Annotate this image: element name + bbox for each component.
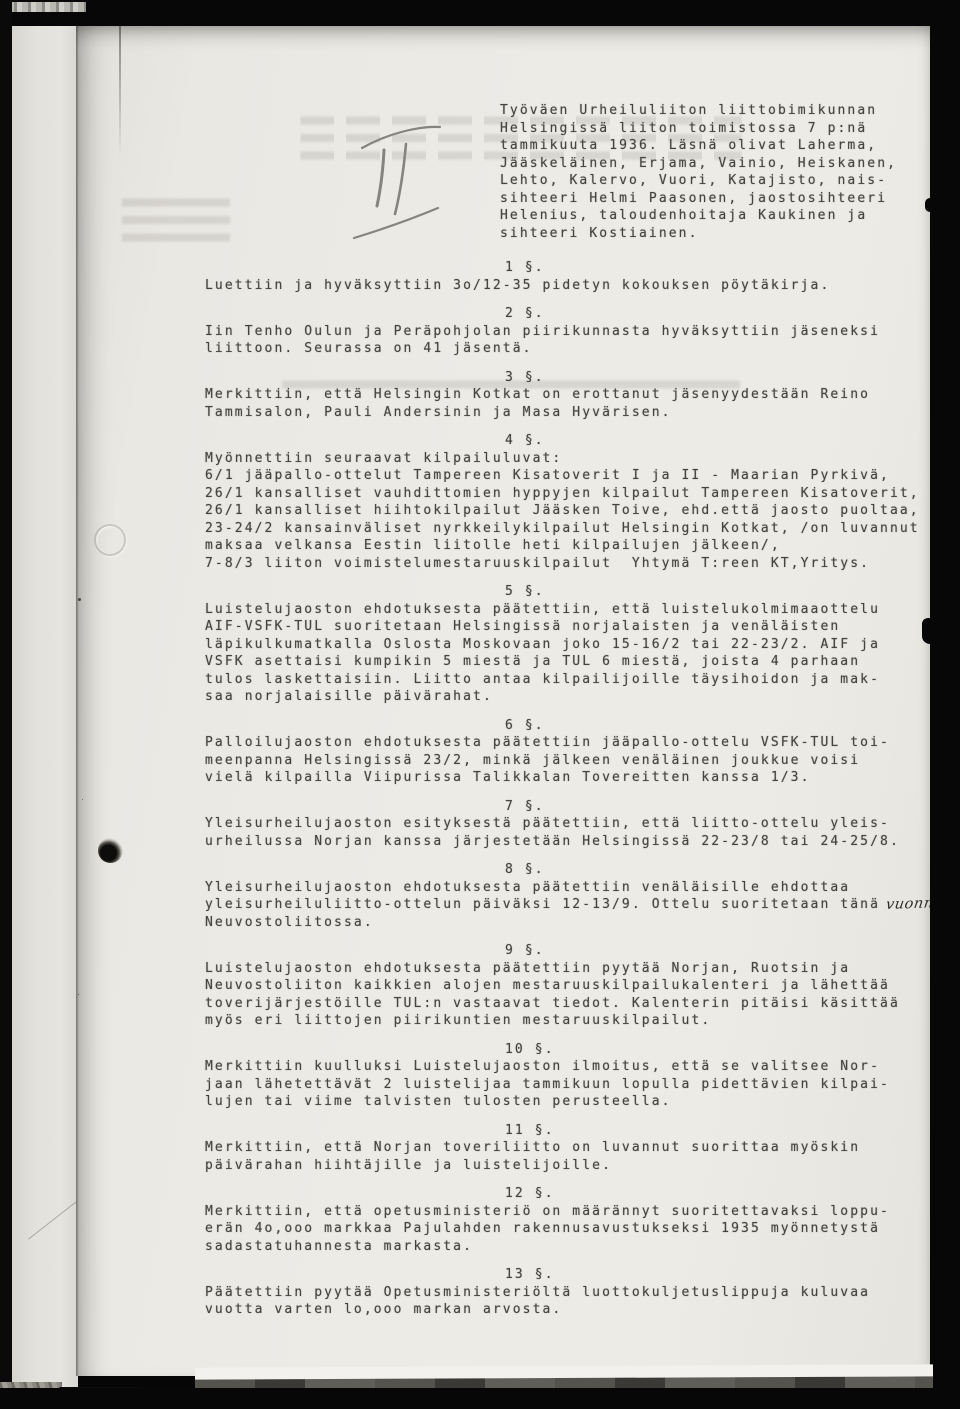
- text-line-content: toverijärjestöille TUL:n vastaavat tiedo…: [205, 996, 900, 1011]
- text-line: Tammisalon, Pauli Andersinin ja Masa Hyv…: [205, 404, 935, 422]
- text-line: läpikulkumatkalla Oslosta Moskovaan joko…: [205, 636, 935, 654]
- text-line: Palloilujaoston ehdotuksesta päätettiin …: [205, 734, 935, 752]
- text-line: sadastatuhannesta markasta.: [205, 1238, 935, 1256]
- text-line-content: Merkittiin, että Helsingin Kotkat on ero…: [205, 387, 870, 402]
- text-line-content: saa norjalaisille päivärahat.: [205, 689, 493, 704]
- section-marker: 4 §.: [205, 432, 935, 450]
- binding-fold-line: [76, 26, 79, 1376]
- text-line: 26/1 kansalliset vauhdittomien hyppyjen …: [205, 485, 935, 503]
- text-line-content: Yleisurheilujaoston ehdotuksesta päätett…: [205, 880, 850, 895]
- minutes-section: 5 §.Luistelujaoston ehdotuksesta päätett…: [205, 583, 935, 706]
- minutes-section: 12 §.Merkittiin, että opetusministeriö o…: [205, 1185, 935, 1255]
- minutes-section: 6 §.Palloilujaoston ehdotuksesta päätett…: [205, 717, 935, 787]
- text-line: Iin Tenho Oulun ja Peräpohjolan piirikun…: [205, 323, 935, 341]
- text-line-content: lujen tai viime talvisten tulosten perus…: [205, 1094, 672, 1109]
- text-line: Myönnettiin seuraavat kilpailuluvat:: [205, 450, 935, 468]
- text-line: Merkittiin, että opetusministeriö on mää…: [205, 1203, 935, 1221]
- text-line-content: 23-24/2 kansainväliset nyrkkeilykilpailu…: [205, 521, 920, 536]
- minutes-section: 7 §.Yleisurheilujaoston esityksestä päät…: [205, 798, 935, 851]
- text-line-content: Päätettiin pyytää Opetusministeriöltä lu…: [205, 1285, 870, 1300]
- section-marker: 7 §.: [205, 798, 935, 816]
- page-curl-line: [119, 26, 121, 156]
- text-line-content: AIF-VSFK-TUL suoritetaan Helsingissä nor…: [205, 619, 840, 634]
- letterhead-line: Helenius, taloudenhoitaja Kaukinen ja: [500, 207, 897, 225]
- text-line: 23-24/2 kansainväliset nyrkkeilykilpailu…: [205, 520, 935, 538]
- previous-page-edge: [12, 26, 78, 1388]
- text-line-content: 7-8/3 liiton voimistelumestaruuskilpailu…: [205, 556, 870, 571]
- text-line-content: Merkittiin kuulluksi Luistelujaoston ilm…: [205, 1059, 880, 1074]
- text-line: Merkittiin, että Helsingin Kotkat on ero…: [205, 386, 935, 404]
- text-line-content: 26/1 kansalliset vauhdittomien hyppyjen …: [205, 486, 920, 501]
- scan-border-left: [0, 0, 12, 1409]
- text-line: myös eri liittojen piirikuntien mestaruu…: [205, 1012, 935, 1030]
- text-line-content: Myönnettiin seuraavat kilpailuluvat:: [205, 451, 562, 466]
- section-marker: 11 §.: [205, 1122, 935, 1140]
- punch-hole: [98, 838, 123, 863]
- letterhead: Työväen Urheiluliiton liittobimikunnanHe…: [500, 102, 897, 242]
- dust-specks: [78, 598, 81, 601]
- text-line: Yleisurheilujaoston esityksestä päätetti…: [205, 815, 935, 833]
- section-marker: 2 §.: [205, 305, 935, 323]
- text-line: 6/1 jääpallo-ottelut Tampereen Kisatover…: [205, 467, 935, 485]
- letterhead-line: Työväen Urheiluliiton liittobimikunnan: [500, 102, 897, 120]
- page-edge-notch: [925, 198, 935, 212]
- letterhead-line: Lehto, Kalervo, Vuori, Katajisto, nais-: [500, 172, 897, 190]
- letterhead-line: Helsingissä liiton toimistossa 7 p:nä: [500, 120, 897, 138]
- text-line: päivärahan hiihtäjille ja luistelijoille…: [205, 1157, 935, 1175]
- text-line-content: vuotta varten lo,ooo markan arvosta.: [205, 1302, 562, 1317]
- text-line-content: Luistelujaoston ehdotuksesta päätettiin …: [205, 961, 850, 976]
- minutes-sections: 1 §.Luettiin ja hyväksyttiin 3o/12-35 pi…: [205, 248, 935, 1319]
- text-line-content: yleisurheiluliitto-ottelun päiväksi 12-1…: [205, 897, 880, 912]
- text-line: vielä kilpailla Viipurissa Talikkalan To…: [205, 769, 935, 787]
- text-line: Luettiin ja hyväksyttiin 3o/12-35 pidety…: [205, 277, 935, 295]
- minutes-section: 9 §.Luistelujaoston ehdotuksesta päätett…: [205, 942, 935, 1030]
- text-line-content: 6/1 jääpallo-ottelut Tampereen Kisatover…: [205, 468, 890, 483]
- text-line-content: meenpanna Helsingissä 23/2, minkä jälkee…: [205, 753, 860, 768]
- text-line: Luistelujaoston ehdotuksesta päätettiin …: [205, 960, 935, 978]
- text-line: Merkittiin kuulluksi Luistelujaoston ilm…: [205, 1058, 935, 1076]
- text-line: Neuvostoliitossa.: [205, 914, 935, 932]
- text-line-content: urheilussa Norjan kanssa järjestetään He…: [205, 834, 900, 849]
- text-line: 7-8/3 liiton voimistelumestaruuskilpailu…: [205, 555, 935, 573]
- text-line-content: myös eri liittojen piirikuntien mestaruu…: [205, 1013, 711, 1028]
- text-line-content: vielä kilpailla Viipurissa Talikkalan To…: [205, 770, 811, 785]
- text-line-content: maksaa velkansa Eestin liitolle heti kil…: [205, 538, 781, 553]
- text-line: VSFK asettaisi kumpikin 5 miestä ja TUL …: [205, 653, 935, 671]
- text-line: Yleisurheilujaoston ehdotuksesta päätett…: [205, 879, 935, 897]
- text-line: Merkittiin, että Norjan toveriliitto on …: [205, 1139, 935, 1157]
- minutes-section: 13 §.Päätettiin pyytää Opetusministeriöl…: [205, 1266, 935, 1319]
- text-line-content: jaan lähetettävät 2 luistelijaa tammikuu…: [205, 1077, 890, 1092]
- text-line: jaan lähetettävät 2 luistelijaa tammikuu…: [205, 1076, 935, 1094]
- text-line: Luistelujaoston ehdotuksesta päätettiin,…: [205, 601, 935, 619]
- letterhead-line: tammikuuta 1936. Läsnä olivat Laherma,: [500, 137, 897, 155]
- minutes-section: 10 §.Merkittiin kuulluksi Luistelujaosto…: [205, 1041, 935, 1111]
- section-marker: 12 §.: [205, 1185, 935, 1203]
- text-line: erän 4o,ooo markkaa Pajulahden rakennusa…: [205, 1220, 935, 1238]
- section-marker: 13 §.: [205, 1266, 935, 1284]
- text-line: liittoon. Seurassa on 41 jäsentä.: [205, 340, 935, 358]
- text-line: toverijärjestöille TUL:n vastaavat tiedo…: [205, 995, 935, 1013]
- scanned-page: Työväen Urheiluliiton liittobimikunnanHe…: [76, 26, 932, 1376]
- text-line: tulos laskettaisiin. Liitto antaa kilpai…: [205, 671, 935, 689]
- minutes-section: 3 §.Merkittiin, että Helsingin Kotkat on…: [205, 369, 935, 422]
- text-line: yleisurheiluliitto-ottelun päiväksi 12-1…: [205, 896, 935, 914]
- section-marker: 8 §.: [205, 861, 935, 879]
- text-line: urheilussa Norjan kanssa järjestetään He…: [205, 833, 935, 851]
- text-line: Neuvostoliiton kaikkien alojen mestaruus…: [205, 977, 935, 995]
- scan-edge-debris: [8, 2, 86, 12]
- section-marker: 9 §.: [205, 942, 935, 960]
- text-line-content: Merkittiin, että Norjan toveriliitto on …: [205, 1140, 860, 1155]
- minutes-section: 4 §.Myönnettiin seuraavat kilpailuluvat:…: [205, 432, 935, 572]
- letterhead-line: sihteeri Helmi Paasonen, jaostosihteeri: [500, 190, 897, 208]
- text-line-content: sadastatuhannesta markasta.: [205, 1239, 473, 1254]
- text-line: vuotta varten lo,ooo markan arvosta.: [205, 1301, 935, 1319]
- text-line-content: VSFK asettaisi kumpikin 5 miestä ja TUL …: [205, 654, 860, 669]
- text-line-content: läpikulkumatkalla Oslosta Moskovaan joko…: [205, 637, 880, 652]
- minutes-section: 8 §.Yleisurheilujaoston ehdotuksesta pää…: [205, 861, 935, 931]
- text-line-content: Yleisurheilujaoston esityksestä päätetti…: [205, 816, 890, 831]
- text-line-content: Luistelujaoston ehdotuksesta päätettiin,…: [205, 602, 880, 617]
- section-marker: 3 §.: [205, 369, 935, 387]
- handwritten-page-number: [332, 110, 462, 260]
- text-line-content: liittoon. Seurassa on 41 jäsentä.: [205, 341, 533, 356]
- letterhead-line: sihteeri Kostiainen.: [500, 225, 897, 243]
- text-line: saa norjalaisille päivärahat.: [205, 688, 935, 706]
- text-line-content: Palloilujaoston ehdotuksesta päätettiin …: [205, 735, 890, 750]
- text-line: Päätettiin pyytää Opetusministeriöltä lu…: [205, 1284, 935, 1302]
- section-marker: 10 §.: [205, 1041, 935, 1059]
- punch-hole-embossed: [94, 524, 126, 556]
- text-line: 26/1 kansalliset hiihtokilpailut Jääsken…: [205, 502, 935, 520]
- text-line-content: Neuvostoliiton kaikkien alojen mestaruus…: [205, 978, 890, 993]
- scan-border-bottom: [0, 1388, 960, 1409]
- text-line-content: erän 4o,ooo markkaa Pajulahden rakennusa…: [205, 1221, 880, 1236]
- text-line-content: Tammisalon, Pauli Andersinin ja Masa Hyv…: [205, 405, 672, 420]
- text-line-content: päivärahan hiihtäjille ja luistelijoille…: [205, 1158, 612, 1173]
- text-line: maksaa velkansa Eestin liitolle heti kil…: [205, 537, 935, 555]
- letterhead-line: Jääskeläinen, Erjama, Vainio, Heiskanen,: [500, 155, 897, 173]
- ink-bleed-through: [122, 194, 230, 242]
- text-line-content: 26/1 kansalliset hiihtokilpailut Jääsken…: [205, 503, 920, 518]
- section-marker: 6 §.: [205, 717, 935, 735]
- minutes-section: 1 §.Luettiin ja hyväksyttiin 3o/12-35 pi…: [205, 259, 935, 294]
- text-line-content: Neuvostoliitossa.: [205, 915, 374, 930]
- minutes-section: 11 §.Merkittiin, että Norjan toveriliitt…: [205, 1122, 935, 1175]
- text-line: meenpanna Helsingissä 23/2, minkä jälkee…: [205, 752, 935, 770]
- text-line-content: Merkittiin, että opetusministeriö on mää…: [205, 1204, 890, 1219]
- text-line-content: tulos laskettaisiin. Liitto antaa kilpai…: [205, 672, 880, 687]
- text-line: lujen tai viime talvisten tulosten perus…: [205, 1093, 935, 1111]
- section-marker: 1 §.: [205, 259, 935, 277]
- minutes-section: 2 §.Iin Tenho Oulun ja Peräpohjolan piir…: [205, 305, 935, 358]
- text-line-content: Luettiin ja hyväksyttiin 3o/12-35 pidety…: [205, 278, 830, 293]
- text-line: AIF-VSFK-TUL suoritetaan Helsingissä nor…: [205, 618, 935, 636]
- text-line-content: Iin Tenho Oulun ja Peräpohjolan piirikun…: [205, 324, 880, 339]
- page-edge-notch: [922, 618, 936, 644]
- section-marker: 5 §.: [205, 583, 935, 601]
